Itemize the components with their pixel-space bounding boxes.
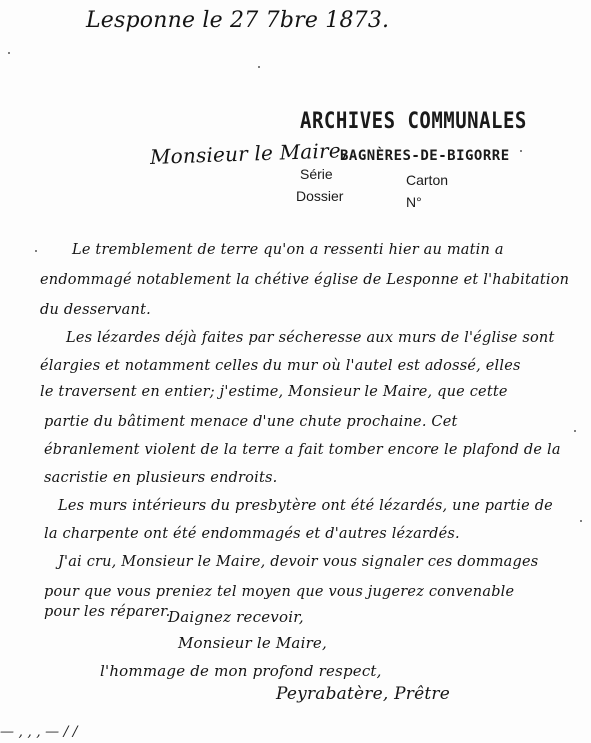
stamp-serie-label: Série <box>300 166 333 182</box>
body-line: endommagé notablement la chétive église … <box>40 272 569 288</box>
closing-line: Monsieur le Maire, <box>178 634 327 652</box>
scan-speck <box>8 52 10 54</box>
body-line: Les lézardes déjà faites par sécheresse … <box>66 330 554 346</box>
stamp-title: ARCHIVES COMMUNALES <box>300 108 527 133</box>
letter-page: Lesponne le 27 7bre 1873. ARCHIVES COMMU… <box>0 0 591 743</box>
body-line: le traversent en entier; j'estime, Monsi… <box>40 384 508 400</box>
scan-speck <box>520 150 522 152</box>
body-line: élargies et notamment celles du mur où l… <box>40 358 521 374</box>
stamp-place: BAGNÈRES-DE-BIGORRE <box>340 148 510 164</box>
stamp-carton-label: Carton <box>406 172 448 188</box>
body-line: du desservant. <box>40 302 151 318</box>
scan-speck <box>574 430 576 432</box>
body-line: pour les réparer. <box>44 604 170 620</box>
archive-stamp: ARCHIVES COMMUNALES BAGNÈRES-DE-BIGORRE … <box>290 108 530 218</box>
body-line: partie du bâtiment menace d'une chute pr… <box>44 414 458 430</box>
scan-speck <box>35 250 37 252</box>
scan-speck <box>580 520 582 522</box>
signature: Peyrabatère, Prêtre <box>276 684 450 704</box>
body-line: Les murs intérieurs du presbytère ont ét… <box>58 498 553 514</box>
stamp-number-label: N° <box>406 194 422 210</box>
body-line: sacristie en plusieurs endroits. <box>44 470 277 486</box>
date-line: Lesponne le 27 7bre 1873. <box>86 8 389 33</box>
closing-line: l'hommage de mon profond respect, <box>100 662 382 680</box>
body-line: J'ai cru, Monsieur le Maire, devoir vous… <box>58 554 538 570</box>
cut-off-bottom-text: — , , , — / / <box>0 724 300 743</box>
scan-speck <box>258 66 260 68</box>
body-line: la charpente ont été endommagés et d'aut… <box>44 526 460 542</box>
body-line: ébranlement violent de la terre a fait t… <box>44 442 561 458</box>
stamp-dossier-label: Dossier <box>296 188 343 204</box>
closing-line: Daignez recevoir, <box>168 608 304 626</box>
body-line: pour que vous preniez tel moyen que vous… <box>44 584 514 600</box>
body-line: Le tremblement de terre qu'on a ressenti… <box>72 242 504 258</box>
